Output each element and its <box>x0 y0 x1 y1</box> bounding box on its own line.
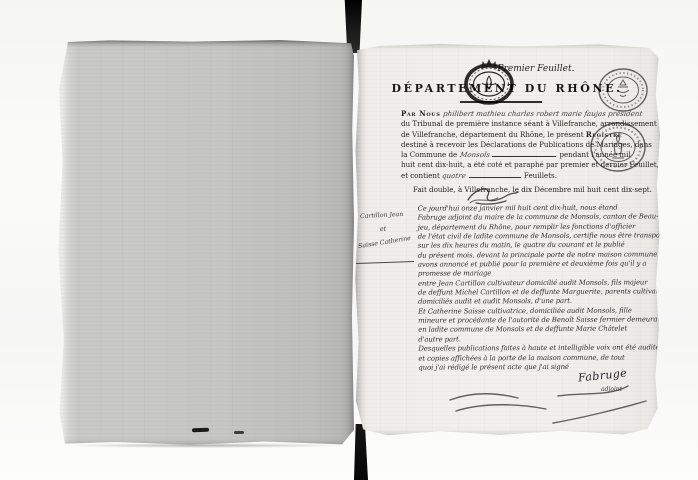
par-nous-label: Par Nous <box>401 109 440 118</box>
commune-name-manuscript: Monsols <box>459 150 491 160</box>
intro-line: la Commune de Monsolspendant l'année mil <box>401 150 655 160</box>
president-name-manuscript: philibert mathieu charles robert marie f… <box>442 109 643 119</box>
act-line: en ladite commune de Monsols et de deffu… <box>418 325 660 336</box>
margin-name-bride: Saisse Catherine <box>358 235 411 250</box>
registration-stamp-upper-icon <box>596 66 650 114</box>
signature-flourishes <box>432 374 654 436</box>
act-line: et copies affichées à la porte de la mai… <box>418 353 660 364</box>
page-edge-mark <box>234 431 244 434</box>
book-strap-bottom <box>354 424 368 480</box>
scanned-register-photo: Premier Feuillet. DÉPARTEMENT DU RHÔNE. <box>0 0 698 480</box>
margin-et: et <box>380 226 386 233</box>
act-line: Desquelles publications faites à haute e… <box>418 344 660 355</box>
crown-seal-stamp-icon <box>458 56 520 108</box>
page-edge-mark <box>192 428 209 433</box>
intro-line: Par Nous philibert mathieu charles rober… <box>401 109 655 119</box>
margin-name-groom: Cartillon Jean <box>360 211 404 220</box>
closing-line: Fait double, à Villefranche, le dix Déce… <box>413 185 655 195</box>
intro-line: et contient quatreFeuillets. <box>401 171 655 181</box>
blank-left-page <box>56 40 354 446</box>
handwritten-act: Ce jourd'hui onze janvier mil huit cent … <box>418 203 661 372</box>
fill-rule <box>469 172 521 178</box>
printed-intro-paragraph: Par Nous philibert mathieu charles rober… <box>401 109 655 195</box>
register-right-page: Premier Feuillet. DÉPARTEMENT DU RHÔNE. <box>354 44 660 436</box>
intro-line: destiné à recevoir les Déclarations de P… <box>401 140 655 150</box>
feuillet-count-manuscript: quatre <box>441 171 466 181</box>
registre-word: Registre <box>586 130 622 139</box>
act-line: avons annoncé et publié pour la première… <box>418 259 660 270</box>
margin-rule <box>356 261 414 264</box>
intro-line: huit cent dix-huit, a été coté et paraph… <box>401 160 655 170</box>
fill-rule <box>492 151 556 157</box>
intro-line: de Villefranche, département du Rhône, l… <box>401 130 655 140</box>
intro-line: du Tribunal de première instance séant à… <box>401 119 655 129</box>
